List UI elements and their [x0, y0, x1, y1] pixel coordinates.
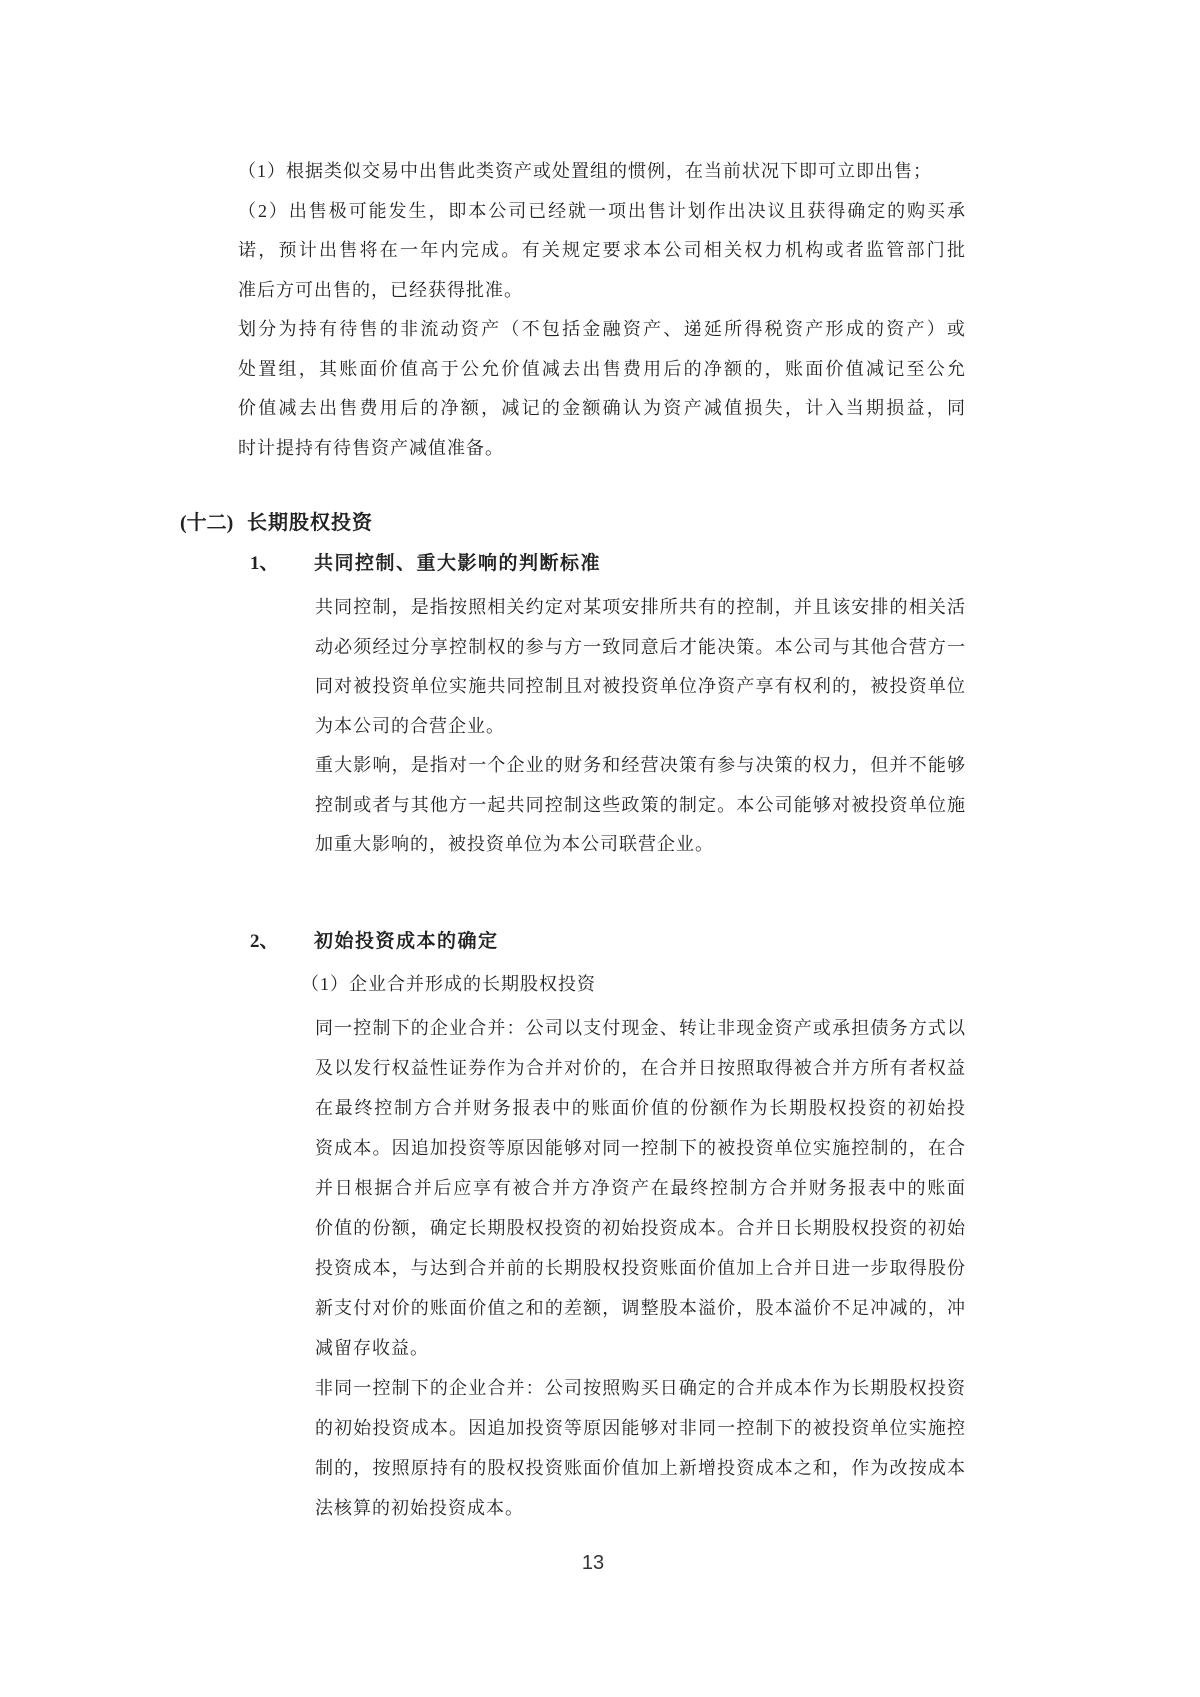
- text-line: 诺，预计出售将在一年内完成。有关规定要求本公司相关权力机构或者监管部门批: [238, 231, 965, 271]
- section-number: (十二): [180, 508, 247, 538]
- text-line: 同一控制下的企业合并：公司以支付现金、转让非现金资产或承担债务方式以: [315, 1008, 965, 1048]
- subsection-2-title: 初始投资成本的确定: [314, 931, 499, 952]
- page-number: 13: [0, 1550, 1186, 1576]
- text-line: 为本公司的合营企业。: [315, 707, 965, 747]
- subsection-2-body: 同一控制下的企业合并：公司以支付现金、转让非现金资产或承担债务方式以及以发行权益…: [315, 1008, 965, 1528]
- text-line: 及以发行权益性证券作为合并对价的，在合并日按照取得被合并方所有者权益: [315, 1048, 965, 1088]
- text-line: 重大影响，是指对一个企业的财务和经营决策有参与决策的权力，但并不能够: [315, 746, 965, 786]
- intro-paragraphs: （1）根据类似交易中出售此类资产或处置组的惯例，在当前状况下即可立即出售；（2）…: [238, 152, 965, 468]
- text-line: 制的，按照原持有的股权投资账面价值加上新增投资成本之和，作为改按成本: [315, 1448, 965, 1488]
- section-title: 长期股权投资: [247, 512, 373, 534]
- subsection-2-item-label: （1）企业合并形成的长期股权投资: [301, 969, 596, 999]
- text-line: 的初始投资成本。因追加投资等原因能够对非同一控制下的被投资单位实施控: [315, 1408, 965, 1448]
- text-line: 时计提持有待售资产减值准备。: [238, 429, 965, 469]
- text-line: 处置组，其账面价值高于公允价值减去出售费用后的净额的，账面价值减记至公允: [238, 350, 965, 390]
- text-line: （1）根据类似交易中出售此类资产或处置组的惯例，在当前状况下即可立即出售；: [238, 152, 965, 192]
- text-line: 准后方可出售的，已经获得批准。: [238, 271, 965, 311]
- text-line: 减留存收益。: [315, 1328, 965, 1368]
- subsection-1-number: 1、: [250, 549, 314, 579]
- text-line: 价值的份额，确定长期股权投资的初始投资成本。合并日长期股权投资的初始: [315, 1208, 965, 1248]
- text-line: 非同一控制下的企业合并：公司按照购买日确定的合并成本作为长期股权投资: [315, 1368, 965, 1408]
- text-line: 加重大影响的，被投资单位为本公司联营企业。: [315, 825, 965, 865]
- text-line: （2）出售极可能发生，即本公司已经就一项出售计划作出决议且获得确定的购买承: [238, 192, 965, 232]
- subsection-1-heading: 1、共同控制、重大影响的判断标准: [250, 549, 601, 579]
- document-page: （1）根据类似交易中出售此类资产或处置组的惯例，在当前状况下即可立即出售；（2）…: [0, 0, 1200, 1697]
- text-line: 划分为持有待售的非流动资产（不包括金融资产、递延所得税资产形成的资产）或: [238, 310, 965, 350]
- text-line: 价值减去出售费用后的净额，减记的金额确认为资产减值损失，计入当期损益，同: [238, 389, 965, 429]
- text-line: 投资成本，与达到合并前的长期股权投资账面价值加上合并日进一步取得股份: [315, 1248, 965, 1288]
- text-line: 在最终控制方合并财务报表中的账面价值的份额作为长期股权投资的初始投: [315, 1088, 965, 1128]
- subsection-1-body: 共同控制，是指按照相关约定对某项安排所共有的控制，并且该安排的相关活动必须经过分…: [315, 588, 965, 865]
- text-line: 新支付对价的账面价值之和的差额，调整股本溢价，股本溢价不足冲减的，冲: [315, 1288, 965, 1328]
- text-line: 动必须经过分享控制权的参与方一致同意后才能决策。本公司与其他合营方一: [315, 628, 965, 668]
- text-line: 法核算的初始投资成本。: [315, 1488, 965, 1528]
- subsection-2-heading: 2、初始投资成本的确定: [250, 927, 499, 957]
- section-heading: (十二)长期股权投资: [180, 508, 373, 538]
- text-line: 控制或者与其他方一起共同控制这些政策的制定。本公司能够对被投资单位施: [315, 786, 965, 826]
- subsection-2-number: 2、: [250, 927, 314, 957]
- text-line: 并日根据合并后应享有被合并方净资产在最终控制方合并财务报表中的账面: [315, 1168, 965, 1208]
- text-line: 共同控制，是指按照相关约定对某项安排所共有的控制，并且该安排的相关活: [315, 588, 965, 628]
- text-line: 同对被投资单位实施共同控制且对被投资单位净资产享有权利的，被投资单位: [315, 667, 965, 707]
- text-line: 资成本。因追加投资等原因能够对同一控制下的被投资单位实施控制的，在合: [315, 1128, 965, 1168]
- subsection-1-title: 共同控制、重大影响的判断标准: [314, 553, 601, 574]
